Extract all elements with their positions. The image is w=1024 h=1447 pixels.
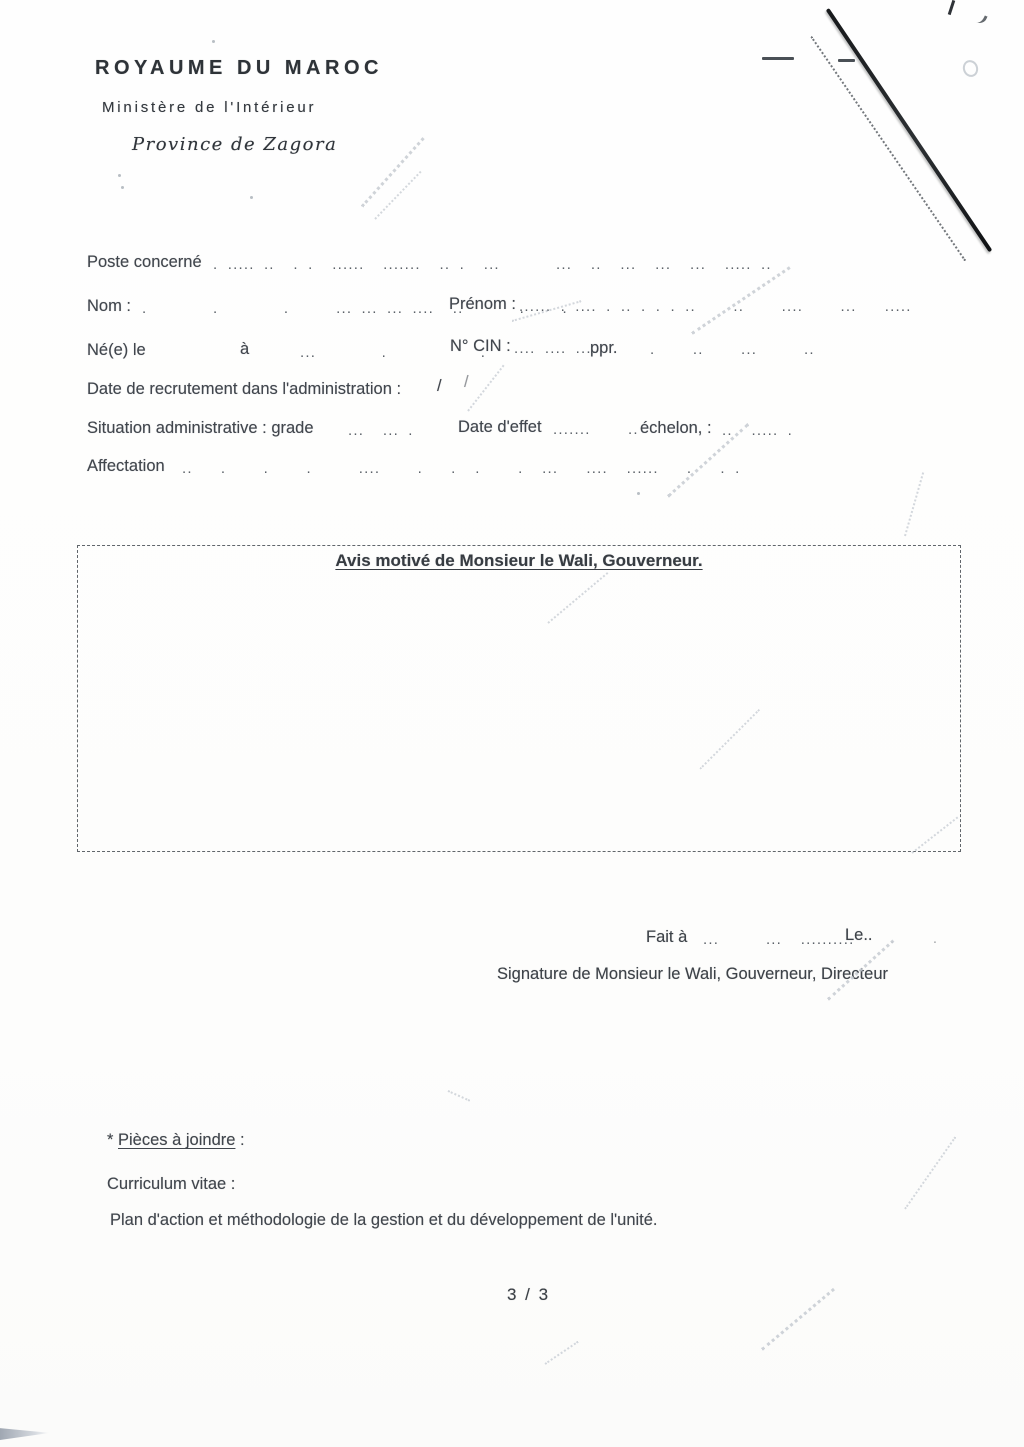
fait-a-label: Fait à bbox=[646, 928, 687, 947]
prenom-label: Prénom : bbox=[449, 295, 516, 314]
ghost-stamp-trace bbox=[904, 472, 924, 536]
ministry-title: Ministère de l'Intérieur bbox=[102, 99, 316, 116]
ne-le-label: Né(e) le bbox=[87, 341, 146, 360]
le-label: Le.. bbox=[845, 926, 873, 945]
recrutement-slash-1: / bbox=[437, 377, 442, 396]
scan-artifact-dash bbox=[838, 59, 855, 62]
scan-artifact-corner-wedge bbox=[0, 1423, 50, 1440]
ghost-stamp-trace bbox=[904, 1136, 956, 1209]
scan-speck bbox=[118, 174, 121, 177]
ghost-stamp-trace bbox=[467, 365, 504, 412]
scan-speck bbox=[250, 196, 253, 199]
ghost-stamp-trace bbox=[361, 137, 425, 207]
poste-dotted-line: . ..... .. . . ...... ....... .. . ... .… bbox=[213, 256, 772, 273]
scan-artifact-dash bbox=[762, 57, 794, 60]
kingdom-title: ROYAUME DU MAROC bbox=[95, 57, 383, 80]
scan-artifact-comma-mark bbox=[974, 12, 987, 25]
ghost-stamp-trace bbox=[761, 1288, 835, 1351]
province-title: Province de Zagora bbox=[132, 134, 337, 155]
date-effet-label: Date d'effet bbox=[458, 418, 542, 437]
scan-speck bbox=[212, 40, 215, 43]
attachments-heading: * Pièces à joindre : bbox=[107, 1131, 245, 1150]
cin-suffix: ppr. bbox=[590, 339, 618, 358]
attachment-item-plan: Plan d'action et méthodologie de la gest… bbox=[110, 1211, 658, 1230]
situation-label: Situation administrative : grade bbox=[87, 419, 314, 438]
poste-label: Poste concerné bbox=[87, 253, 202, 272]
avis-box-title: Avis motivé de Monsieur le Wali, Gouvern… bbox=[78, 551, 960, 571]
scan-artifact-ring-mark bbox=[961, 58, 981, 79]
scan-speck bbox=[637, 492, 640, 495]
attachments-colon: : bbox=[235, 1131, 244, 1149]
page-number: 3 / 3 bbox=[507, 1285, 550, 1305]
signature-caption: Signature de Monsieur le Wali, Gouverneu… bbox=[497, 965, 888, 984]
grade-dotted-line: ... ... . bbox=[348, 422, 414, 439]
a-label: à bbox=[240, 340, 249, 359]
avis-box: Avis motivé de Monsieur le Wali, Gouvern… bbox=[77, 545, 961, 852]
scan-artifact-dotted-stroke bbox=[810, 36, 966, 261]
ghost-stamp-trace bbox=[374, 171, 421, 220]
scan-artifact-pen-stroke bbox=[826, 8, 992, 252]
cin-trail-dots: . .. ... .. bbox=[650, 341, 815, 358]
ghost-stamp-trace bbox=[448, 1090, 471, 1102]
attachments-title: Pièces à joindre bbox=[118, 1131, 235, 1149]
attachment-item-cv: Curriculum vitae : bbox=[107, 1175, 235, 1194]
echelon-label: échelon, : bbox=[640, 419, 712, 438]
recrutement-slash-2: / bbox=[464, 373, 469, 392]
nom-label: Nom : bbox=[87, 297, 131, 316]
cin-label: N° CIN : bbox=[450, 337, 511, 356]
date-effet-dotted-line: ....... .. bbox=[553, 421, 639, 438]
scan-artifact-tick bbox=[948, 0, 955, 15]
ghost-stamp-trace bbox=[544, 1341, 578, 1365]
le-trail-dots: . . bbox=[890, 930, 938, 947]
cin-dotted-line: .... .... .... bbox=[514, 340, 597, 357]
fait-a-dots: ... ... .......... bbox=[703, 931, 854, 948]
recrutement-label: Date de recrutement dans l'administratio… bbox=[87, 380, 401, 399]
scan-speck bbox=[121, 186, 124, 189]
affectation-dotted-line: .. . . . .... . . . . ... .... ...... . … bbox=[182, 460, 740, 477]
affectation-label: Affectation bbox=[87, 457, 165, 476]
scanned-form-page: ROYAUME DU MAROC Ministère de l'Intérieu… bbox=[0, 0, 1024, 1447]
